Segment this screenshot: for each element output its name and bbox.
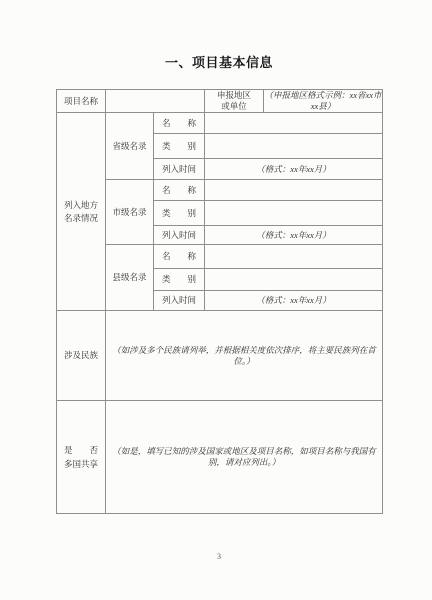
province-time-label: 列入时间 <box>154 159 205 180</box>
province-category-label: 类 别 <box>154 134 205 159</box>
document-page: 一、项目基本信息 项目名称 申报地区 或单位 （申报地区格式示例：xx省xx市x… <box>0 0 432 600</box>
project-name-input-cell <box>106 90 205 113</box>
county-time-label: 列入时间 <box>154 291 205 311</box>
county-category-input-cell <box>205 269 383 291</box>
row-county-name: 县级名录 名 称 <box>57 245 383 269</box>
county-category-label: 类 别 <box>154 269 205 291</box>
page-title: 一、项目基本信息 <box>56 52 382 71</box>
region-label: 申报地区 或单位 <box>205 90 264 113</box>
project-basic-info-table: 项目名称 申报地区 或单位 （申报地区格式示例：xx省xx市xx县） 列入地方 … <box>56 89 383 514</box>
province-name-input-cell <box>205 113 383 134</box>
multi-country-shared-note: （如是，填写已知的涉及国家或地区及项目名称，如项目名称与我国有别，请对应列出。） <box>106 401 383 514</box>
province-time-format-note: （格式：xx年xx月） <box>205 159 383 180</box>
multi-country-shared-label-line2: 多国共享 <box>57 457 105 471</box>
city-time-format-note: （格式：xx年xx月） <box>205 226 383 245</box>
row-multi-country-shared: 是 否 多国共享 （如是，填写已知的涉及国家或地区及项目名称，如项目名称与我国有… <box>57 401 383 514</box>
row-city-name: 市级名录 名 称 <box>57 180 383 201</box>
multi-country-shared-label-line1: 是 否 <box>57 443 105 457</box>
row-project-name: 项目名称 申报地区 或单位 （申报地区格式示例：xx省xx市xx县） <box>57 90 383 113</box>
local-list-label-line2: 名录情况 <box>57 212 105 225</box>
ethnic-groups-label: 涉及民族 <box>57 311 106 401</box>
ethnic-groups-note: （如涉及多个民族请列举，并根据相关度依次排序，将主要民族列在首位。） <box>106 311 383 401</box>
county-list-label: 县级名录 <box>106 245 154 311</box>
province-name-label: 名 称 <box>154 113 205 134</box>
row-ethnic-groups: 涉及民族 （如涉及多个民族请列举，并根据相关度依次排序，将主要民族列在首位。） <box>57 311 383 401</box>
city-list-label: 市级名录 <box>106 180 154 245</box>
city-time-label: 列入时间 <box>154 226 205 245</box>
project-name-label: 项目名称 <box>57 90 106 113</box>
city-category-label: 类 别 <box>154 201 205 226</box>
region-label-line1: 申报地区 <box>205 90 263 101</box>
region-format-note: （申报地区格式示例：xx省xx市xx县） <box>264 90 383 113</box>
local-list-label-line1: 列入地方 <box>57 199 105 212</box>
province-category-input-cell <box>205 134 383 159</box>
city-name-input-cell <box>205 180 383 201</box>
city-category-input-cell <box>205 201 383 226</box>
county-name-label: 名 称 <box>154 245 205 269</box>
region-label-line2: 或单位 <box>205 101 263 112</box>
local-list-label: 列入地方 名录情况 <box>57 113 106 311</box>
city-name-label: 名 称 <box>154 180 205 201</box>
province-list-label: 省级名录 <box>106 113 154 180</box>
county-name-input-cell <box>205 245 383 269</box>
page-number: 3 <box>56 552 382 561</box>
county-time-format-note: （格式：xx年xx月） <box>205 291 383 311</box>
row-province-name: 列入地方 名录情况 省级名录 名 称 <box>57 113 383 134</box>
multi-country-shared-label: 是 否 多国共享 <box>57 401 106 514</box>
